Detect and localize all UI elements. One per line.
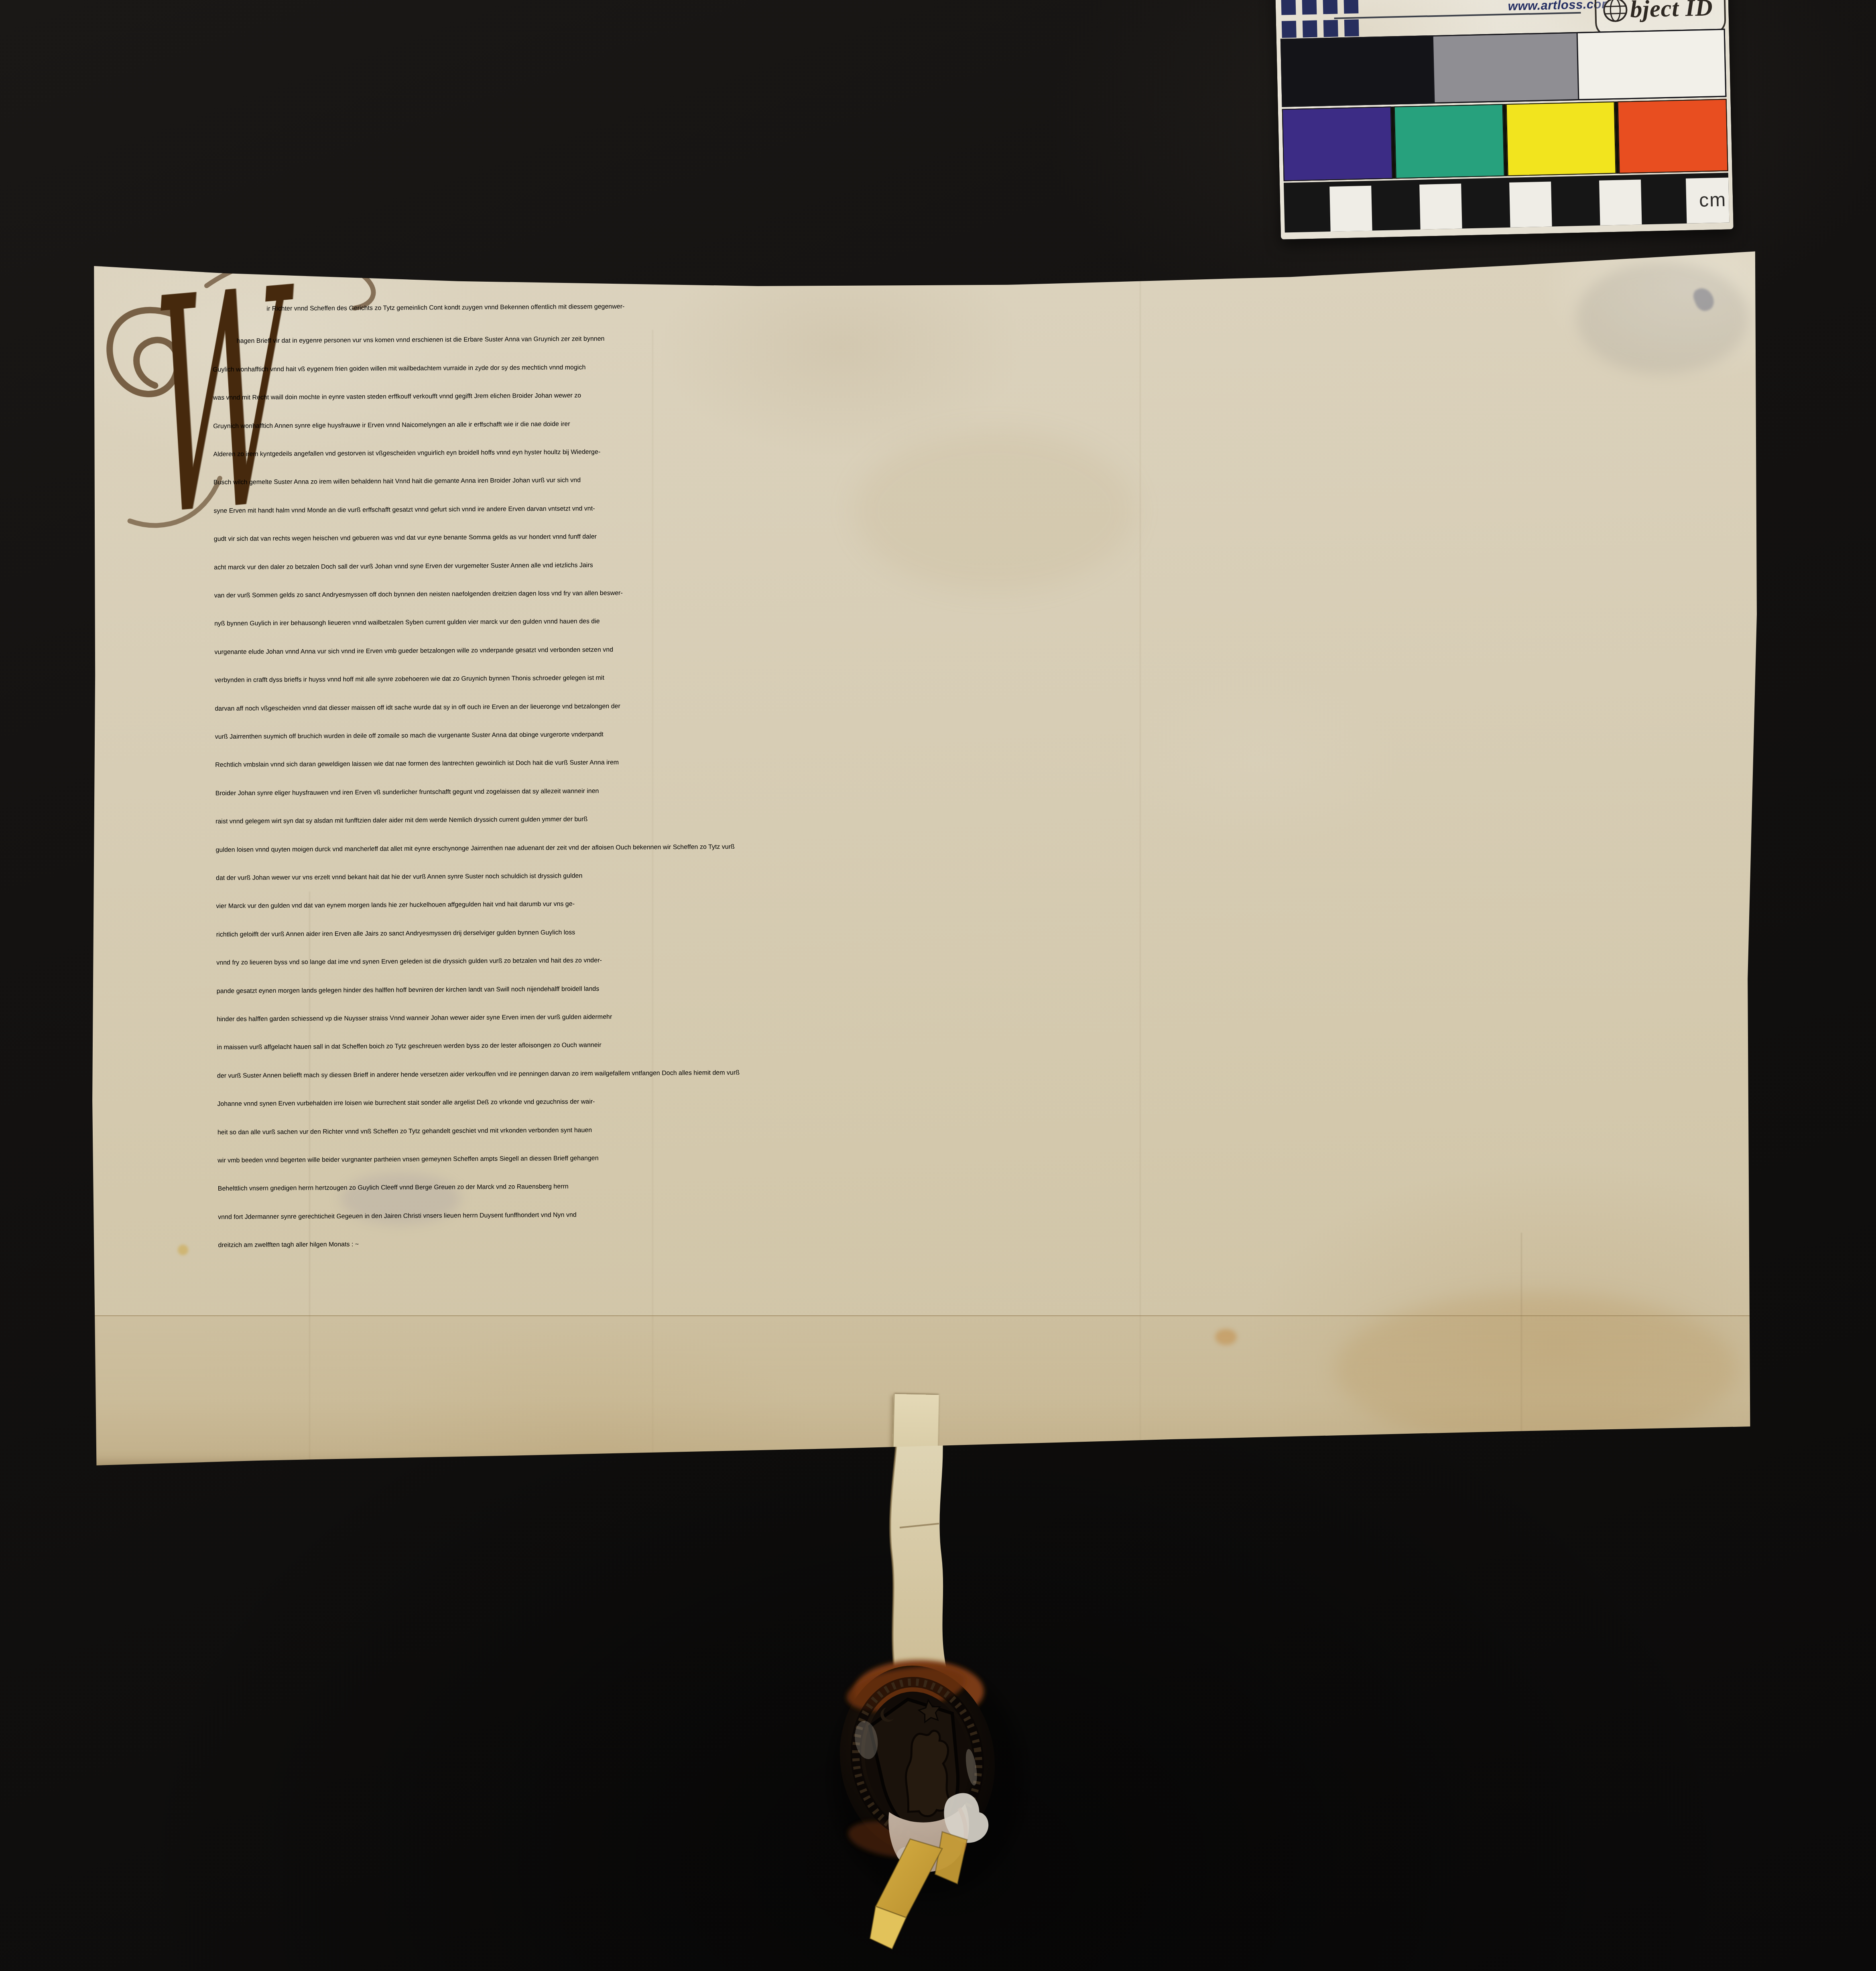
manuscript-line: Guylich wonhafftich vnnd hait vß eygenem… bbox=[213, 364, 585, 374]
grayscale-patch-gray bbox=[1433, 33, 1578, 102]
globe-icon bbox=[1602, 0, 1629, 23]
manuscript-line: hagen Brieff vir dat in eygenre personen… bbox=[237, 335, 605, 345]
manuscript-line: heit so dan alle vurß sachen vur den Ric… bbox=[217, 1127, 592, 1136]
manuscript-line: hinder des halffen garden schiessend vp … bbox=[217, 1014, 612, 1023]
manuscript-line: gulden loisen vnnd quyten moigen durck v… bbox=[216, 843, 735, 854]
manuscript-line: vier Marck vur den gulden vnd dat van ey… bbox=[216, 901, 575, 910]
color-patch-blue bbox=[1282, 106, 1393, 181]
manuscript-line: wir vmb beeden vnnd begerten wille beide… bbox=[217, 1155, 598, 1164]
object-id-label: bject ID bbox=[1630, 0, 1713, 23]
manuscript-line: verbynden in crafft dyss brieffs ir huys… bbox=[215, 675, 604, 684]
artloss-checker-logo-row2 bbox=[1282, 19, 1359, 38]
checker-square bbox=[1281, 0, 1296, 15]
seal-assembly bbox=[810, 1426, 1039, 1971]
manuscript-line: Gruynich wonhafftich Annen synre elige h… bbox=[213, 421, 570, 430]
checker-square bbox=[1343, 0, 1358, 14]
checker-square bbox=[1302, 0, 1317, 14]
manuscript-line: darvan aff noch vßgescheiden vnnd dat di… bbox=[215, 703, 620, 713]
manuscript-line: Rechtlich vmbslain vnnd sich daran gewel… bbox=[215, 759, 619, 769]
grayscale-patch-white bbox=[1578, 30, 1726, 99]
checker-square bbox=[1303, 20, 1317, 38]
manuscript-line: Alderen zo irem kyntgedeils angefallen v… bbox=[213, 449, 600, 458]
ruler-white-block bbox=[1329, 186, 1372, 232]
ruler-white-block bbox=[1599, 179, 1642, 225]
color-patch-green bbox=[1394, 104, 1504, 179]
manuscript-line: vnnd fort Jdermanner synre gerechticheit… bbox=[218, 1211, 577, 1221]
manuscript-line: vnnd fry zo lieueren byss vnd so lange d… bbox=[216, 957, 602, 967]
manuscript-line: dreitzich am zwelfften tagh aller hilgen… bbox=[218, 1241, 359, 1249]
ruler-strip: cm bbox=[1284, 173, 1730, 232]
ruler-white-block bbox=[1419, 184, 1462, 230]
manuscript-line: pande gesatzt eynen morgen lands gelegen… bbox=[217, 985, 600, 995]
manuscript-line: Johanne vnnd synen Erven vurbehalden irr… bbox=[217, 1098, 595, 1108]
manuscript-line: vurgenante elude Johan vnnd Anna vur sic… bbox=[214, 646, 613, 656]
artloss-url: www.artloss.com bbox=[1480, 0, 1613, 14]
manuscript-line: richtlich geloifft der vurß Annen aider … bbox=[216, 929, 575, 938]
parchment-charter: W ir Richter vnnd Scheffen des Gerichts … bbox=[91, 250, 1757, 1465]
manuscript-line: Broider Johan synre eliger huysfrauwen v… bbox=[215, 788, 599, 797]
artloss-checker-logo bbox=[1281, 0, 1358, 15]
grayscale-patch-black bbox=[1282, 37, 1433, 106]
checker-square bbox=[1323, 0, 1337, 14]
checker-square bbox=[1282, 21, 1297, 38]
ruler-cm-label: cm bbox=[1699, 189, 1727, 212]
color-patch-red bbox=[1618, 99, 1728, 174]
manuscript-content: W ir Richter vnnd Scheffen des Gerichts … bbox=[91, 240, 1763, 1466]
color-patch-yellow bbox=[1506, 102, 1616, 176]
manuscript-line: in maissen vurß affgelacht hauen sall in… bbox=[217, 1042, 602, 1051]
manuscript-line: vurß Jairrenthen suymich off bruchich wu… bbox=[215, 731, 604, 741]
manuscript-line: raist vnnd gelegem wirt syn dat sy alsda… bbox=[215, 816, 587, 825]
card-writing-line bbox=[1334, 12, 1581, 19]
manuscript-text: ir Richter vnnd Scheffen des Gerichts zo… bbox=[212, 301, 1743, 1297]
checker-square bbox=[1344, 19, 1359, 37]
manuscript-line: Behelttlich vnsern gnedigen herrn hertzo… bbox=[218, 1183, 569, 1193]
manuscript-line: was vnnd mit Recht waill doin mochte in … bbox=[213, 392, 581, 402]
color-patch-row bbox=[1282, 99, 1728, 181]
manuscript-line: gudt vir sich dat van rechts wegen heisc… bbox=[214, 533, 597, 543]
manuscript-line: syne Erven mit handt halm vnnd Monde an … bbox=[213, 505, 595, 515]
manuscript-line: nyß bynnen Guylich in irer behausongh li… bbox=[214, 618, 600, 628]
manuscript-line: dat der vurß Johan wewer vur vns erzelt … bbox=[216, 872, 582, 882]
ruler-cm-block: cm bbox=[1686, 177, 1730, 223]
manuscript-line: Busch wilch gemelte Suster Anna zo irem … bbox=[213, 477, 581, 486]
manuscript-line: van der vurß Sommen gelds zo sanct Andry… bbox=[214, 590, 623, 599]
ruler-white-block bbox=[1509, 181, 1552, 227]
manuscript-line: der vurß Suster Annen beliefft mach sy d… bbox=[217, 1069, 740, 1080]
calibration-card: www.artloss.com bject ID bbox=[1275, 0, 1734, 240]
photo-stage: W ir Richter vnnd Scheffen des Gerichts … bbox=[0, 0, 1876, 1971]
grayscale-patch-row bbox=[1280, 29, 1727, 107]
checker-square bbox=[1323, 20, 1338, 37]
manuscript-line: acht marck vur den daler zo betzalen Doc… bbox=[214, 562, 593, 571]
seal-tag-strip bbox=[890, 1426, 946, 1674]
